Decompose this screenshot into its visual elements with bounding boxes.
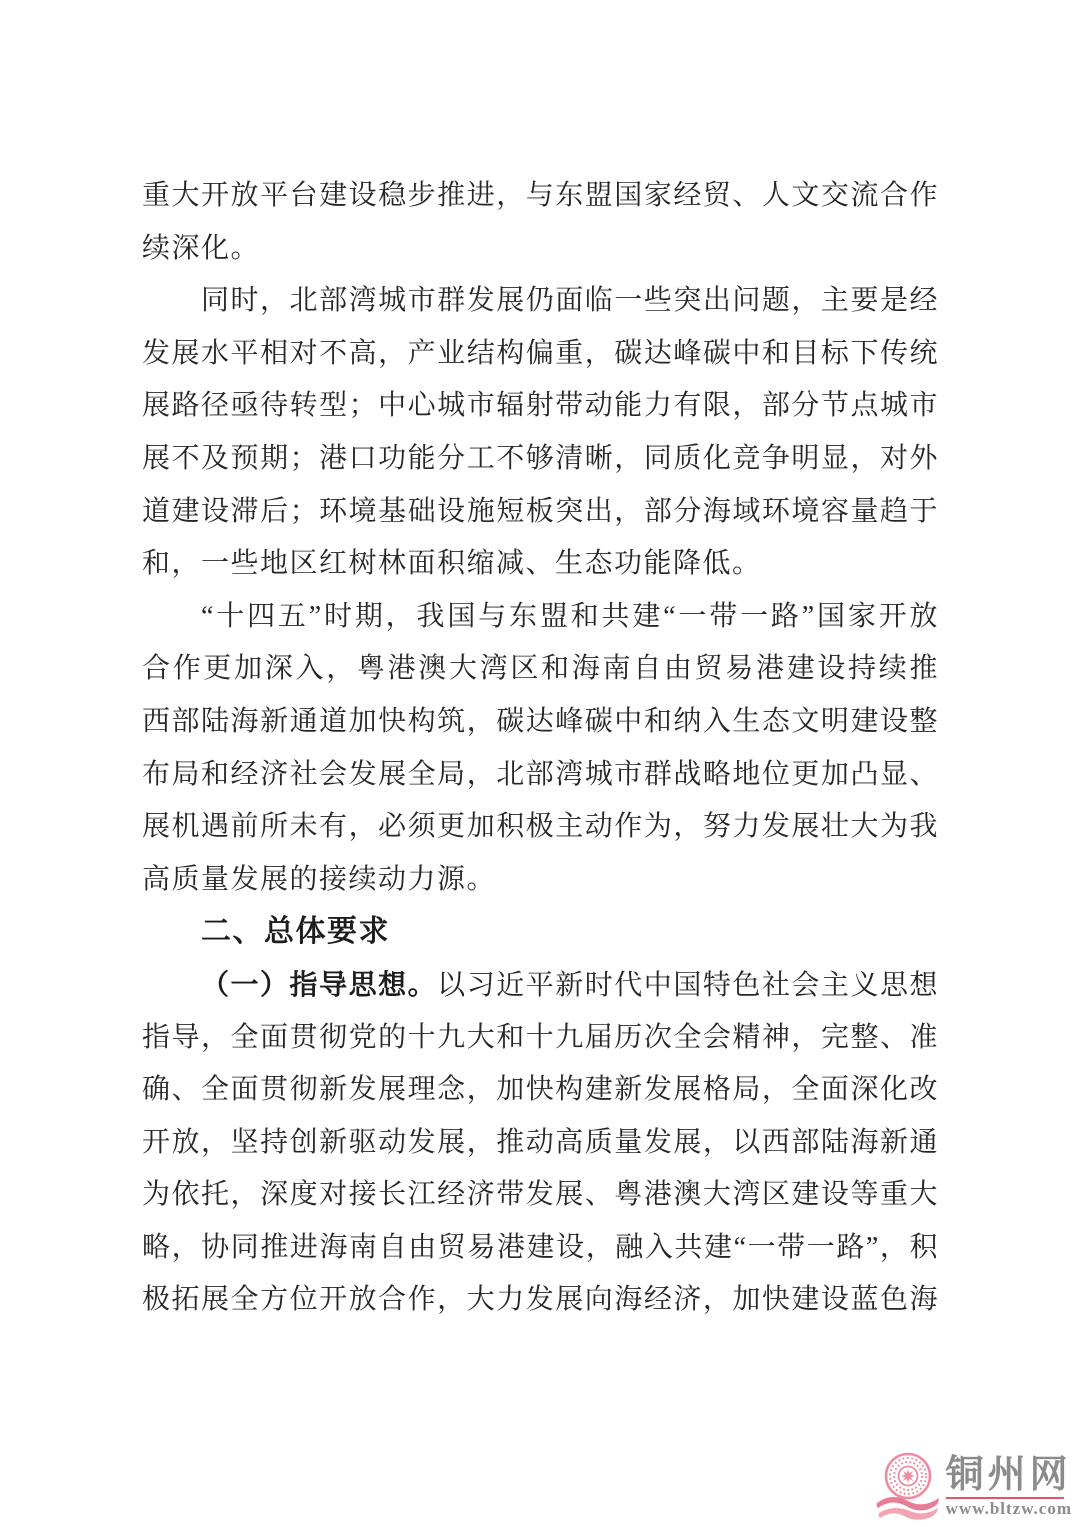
- watermark-text: 铜州网 www.bltzw.com: [946, 1455, 1072, 1523]
- document-line: “十四五”时期，我国与东盟和共建“一带一路”国家开放: [142, 591, 939, 644]
- document-line: 和，一些地区红树林面积缩减、生态功能降低。: [142, 538, 939, 591]
- document-line: 略，协同推进海南自由贸易港建设，融入共建“一带一路”，积: [142, 1222, 939, 1275]
- document-line: 合作更加深入，粤港澳大湾区和海南自由贸易港建设持续推进，: [142, 643, 939, 696]
- text-block: 重大开放平台建设稳步推进，与东盟国家经贸、人文交流合作持续深化。同时，北部湾城市…: [142, 170, 939, 1327]
- document-line: 开放，坚持创新驱动发展，推动高质量发展，以西部陆海新通道: [142, 1117, 939, 1170]
- document-line: 展路径亟待转型；中心城市辐射带动能力有限，部分节点城市发: [142, 380, 939, 433]
- document-line: 极拓展全方位开放合作，大力发展向海经济，加快建设蓝色海湾: [142, 1274, 939, 1327]
- document-line: 道建设滞后；环境基础设施短板突出，部分海域环境容量趋于饱: [142, 486, 939, 539]
- document-line: 发展水平相对不高，产业结构偏重，碳达峰碳中和目标下传统发: [142, 328, 939, 381]
- bronze-drum-icon: [875, 1447, 941, 1523]
- section-heading: 二、总体要求: [142, 906, 939, 959]
- document-line: 指导，全面贯彻党的十九大和十九届历次全会精神，完整、准: [142, 1012, 939, 1065]
- document-line: 续深化。: [142, 223, 939, 276]
- paragraph-lead: （一）指导思想。: [201, 969, 437, 1000]
- page-background: 重大开放平台建设稳步推进，与东盟国家经贸、人文交流合作持续深化。同时，北部湾城市…: [0, 0, 1080, 1527]
- document-line: （一）指导思想。以习近平新时代中国特色社会主义思想为: [142, 959, 939, 1012]
- site-url: www.bltzw.com: [946, 1499, 1072, 1519]
- document-line: 布局和经济社会发展全局，北部湾城市群战略地位更加凸显、发: [142, 749, 939, 802]
- document-line: 展机遇前所未有，必须更加积极主动作为，努力发展壮大为我国: [142, 801, 939, 854]
- document-line: 西部陆海新通道加快构筑，碳达峰碳中和纳入生态文明建设整体: [142, 696, 939, 749]
- document-line: 确、全面贯彻新发展理念，加快构建新发展格局，全面深化改革: [142, 1064, 939, 1117]
- document-line: 重大开放平台建设稳步推进，与东盟国家经贸、人文交流合作持: [142, 170, 939, 223]
- document-page: { "page": { "background": "#ffffff", "te…: [0, 0, 1080, 1527]
- document-line: 同时，北部湾城市群发展仍面临一些突出问题，主要是经济: [142, 275, 939, 328]
- document-line: 高质量发展的接续动力源。: [142, 854, 939, 907]
- site-name: 铜州网: [946, 1455, 1072, 1495]
- document-line: 为依托，深度对接长江经济带发展、粤港澳大湾区建设等重大战: [142, 1169, 939, 1222]
- document-line: 展不及预期；港口功能分工不够清晰，同质化竞争明显，对外通: [142, 433, 939, 486]
- watermark: 铜州网 www.bltzw.com: [875, 1447, 1072, 1523]
